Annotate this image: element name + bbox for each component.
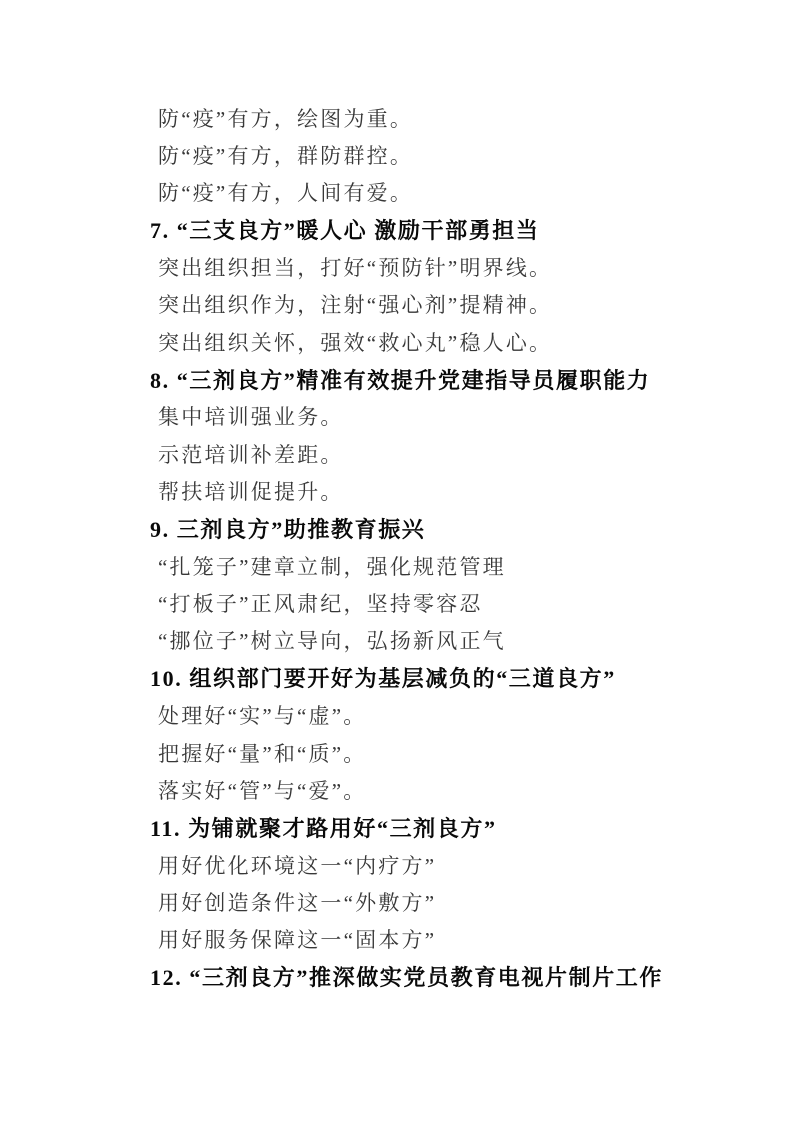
- document-body-line: 用好创造条件这一“外敷方”: [150, 883, 730, 920]
- document-body-line: 集中培训强业务。: [150, 398, 730, 435]
- document-heading-line: 12. “三剂良方”推深做实党员教育电视片制片工作: [150, 958, 730, 995]
- document-heading-line: 7. “三支良方”暖人心 激励干部勇担当: [150, 211, 730, 248]
- document-body-line: 突出组织关怀，强效“救心丸”稳人心。: [150, 323, 730, 360]
- document-body-line: 防“疫”有方，人间有爱。: [150, 174, 730, 211]
- document-body-line: “打板子”正风肃纪，坚持零容忍: [150, 584, 730, 621]
- document-body-line: 用好优化环境这一“内疗方”: [150, 846, 730, 883]
- document-body-line: 帮扶培训促提升。: [150, 472, 730, 509]
- document-body-line: 突出组织作为，注射“强心剂”提精神。: [150, 286, 730, 323]
- document-body-line: 处理好“实”与“虚”。: [150, 697, 730, 734]
- document-heading-line: 8. “三剂良方”精准有效提升党建指导员履职能力: [150, 360, 730, 397]
- document-body-line: “扎笼子”建章立制，强化规范管理: [150, 547, 730, 584]
- document-page: 防“疫”有方，绘图为重。防“疫”有方，群防群控。防“疫”有方，人间有爱。7. “…: [0, 0, 793, 1122]
- document-body-line: 防“疫”有方，群防群控。: [150, 136, 730, 173]
- document-body-line: 把握好“量”和“质”。: [150, 734, 730, 771]
- document-heading-line: 11. 为铺就聚才路用好“三剂良方”: [150, 809, 730, 846]
- document-body-line: 用好服务保障这一“固本方”: [150, 921, 730, 958]
- document-heading-line: 9. 三剂良方”助推教育振兴: [150, 510, 730, 547]
- document-body-line: 突出组织担当，打好“预防针”明界线。: [150, 248, 730, 285]
- document-body-line: “挪位子”树立导向，弘扬新风正气: [150, 622, 730, 659]
- document-body-line: 落实好“管”与“爱”。: [150, 771, 730, 808]
- document-content: 防“疫”有方，绘图为重。防“疫”有方，群防群控。防“疫”有方，人间有爱。7. “…: [150, 99, 730, 995]
- document-heading-line: 10. 组织部门要开好为基层减负的“三道良方”: [150, 659, 730, 696]
- document-body-line: 示范培训补差距。: [150, 435, 730, 472]
- document-body-line: 防“疫”有方，绘图为重。: [150, 99, 730, 136]
